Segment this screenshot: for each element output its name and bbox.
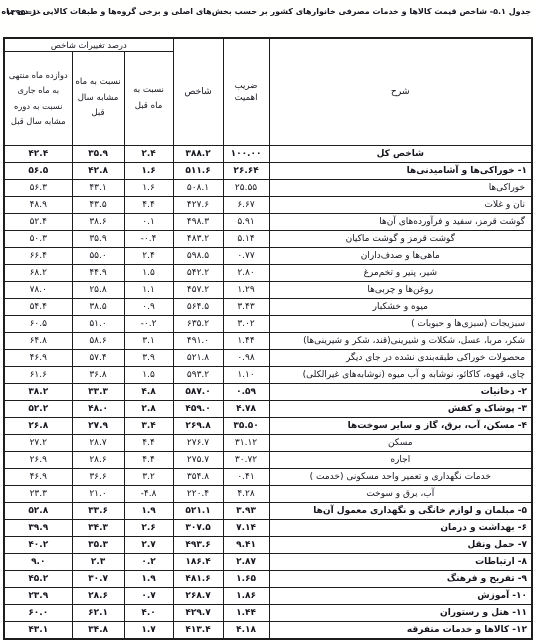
- row-label: ۶- بهداشت و درمان: [269, 520, 532, 537]
- row-label: خوراکی‌ها: [269, 180, 532, 197]
- row-mom: ۱.۶: [124, 163, 173, 180]
- row-index: ۴۲۹.۷: [173, 605, 223, 622]
- row-yoy: ۲۷.۹: [72, 418, 124, 435]
- row-index: ۴۸۱.۶: [173, 571, 223, 588]
- row-index: ۵۶۴.۵: [173, 299, 223, 316]
- row-mom: -۰.۲: [124, 316, 173, 333]
- row-index: ۴۹۸.۳: [173, 214, 223, 231]
- row-mom: ۰.۱: [124, 214, 173, 231]
- row-yoy: ۲۸.۶: [72, 452, 124, 469]
- row-weight: ۲.۸۰: [223, 265, 269, 282]
- row-label: ۸- ارتباطات: [269, 554, 532, 571]
- row-yoy: ۲۱.۰: [72, 486, 124, 503]
- row-yoy: ۲.۳: [72, 554, 124, 571]
- row-mom: ۲.۴: [124, 146, 173, 163]
- row-label: ۱۰- آموزش: [269, 588, 532, 605]
- table-row: چای، قهوه، کاکائو، نوشابه و آب میوه (نوش…: [4, 367, 532, 384]
- row-label: سبزیجات (سبزی‌ها و حبوبات ): [269, 316, 532, 333]
- table-row: خوراکی‌ها۲۵.۵۵۵۰۸.۱۱.۶۴۳.۱۵۶.۳: [4, 180, 532, 197]
- row-yoy: ۳۵.۹: [72, 146, 124, 163]
- row-ttm: ۵۲.۲: [4, 401, 72, 418]
- row-yoy: ۳۳.۶: [72, 503, 124, 520]
- row-label: شیر، پنیر و تخم‌مرغ: [269, 265, 532, 282]
- row-weight: ۱۰۰.۰۰: [223, 146, 269, 163]
- row-mom: ۳.۴: [124, 418, 173, 435]
- row-ttm: ۵۲.۴: [4, 214, 72, 231]
- row-ttm: ۶۸.۲: [4, 265, 72, 282]
- row-label: اجاره: [269, 452, 532, 469]
- row-weight: ۵.۱۴: [223, 231, 269, 248]
- row-weight: ۵.۹۱: [223, 214, 269, 231]
- row-yoy: ۵۸.۶: [72, 333, 124, 350]
- row-weight: ۴.۱۸: [223, 622, 269, 640]
- row-index: ۳۰۷.۵: [173, 520, 223, 537]
- row-index: ۲۲۰.۴: [173, 486, 223, 503]
- row-mom: ۱.۷: [124, 622, 173, 640]
- row-index: ۲۶۹.۸: [173, 418, 223, 435]
- table-row: شاخص کل۱۰۰.۰۰۳۸۸.۲۲.۴۳۵.۹۴۲.۴: [4, 146, 532, 163]
- row-mom: ۳.۲: [124, 469, 173, 486]
- row-mom: ۱.۵: [124, 265, 173, 282]
- row-weight: ۳.۴۳: [223, 299, 269, 316]
- row-index: ۲۷۵.۷: [173, 452, 223, 469]
- row-ttm: ۲۶.۸: [4, 418, 72, 435]
- table-header: شرح ضریب اهمیت شاخص درصد تغییرات شاخص نس…: [4, 38, 532, 146]
- row-mom: ۴.۰: [124, 605, 173, 622]
- table-row: شکر، مربا، عسل، شکلات و شیرینی(قند، شکر …: [4, 333, 532, 350]
- row-ttm: ۳۹.۹: [4, 520, 72, 537]
- row-yoy: ۴۸.۰: [72, 401, 124, 418]
- row-index: ۲۷۶.۷: [173, 435, 223, 452]
- row-mom: ۰.۷: [124, 588, 173, 605]
- row-weight: ۲.۸۷: [223, 554, 269, 571]
- row-mom: ۳.۱: [124, 333, 173, 350]
- table-row: ۹- تفریح و فرهنگ۱.۶۵۴۸۱.۶۱.۹۳۰.۷۴۵.۲: [4, 571, 532, 588]
- row-ttm: ۹.۰: [4, 554, 72, 571]
- row-mom: ۲.۶: [124, 520, 173, 537]
- row-weight: ۰.۹۸: [223, 350, 269, 367]
- row-yoy: ۳۶.۸: [72, 367, 124, 384]
- table-row: ۳- پوشاک و کفش۴.۷۸۴۵۹.۰۲.۸۴۸.۰۵۲.۲: [4, 401, 532, 418]
- row-mom: ۴.۴: [124, 435, 173, 452]
- table-row: ۵- مبلمان و لوازم خانگی و نگهداری معمول …: [4, 503, 532, 520]
- base-year-note: ۱۳۹۵=۱۰۰: [6, 8, 47, 17]
- row-yoy: ۳۰.۷: [72, 571, 124, 588]
- row-weight: ۱.۸۶: [223, 588, 269, 605]
- row-mom: ۳.۹: [124, 350, 173, 367]
- row-index: ۵۲۱.۱: [173, 503, 223, 520]
- row-weight: ۰.۴۱: [223, 469, 269, 486]
- row-weight: ۱.۶۵: [223, 571, 269, 588]
- row-index: ۴۸۳.۲: [173, 231, 223, 248]
- row-label: محصولات خوراکی طبقه‌بندی نشده در جای دیگ…: [269, 350, 532, 367]
- col-header-weight: ضریب اهمیت: [223, 38, 269, 146]
- row-mom: ۱.۹: [124, 503, 173, 520]
- row-ttm: ۴۸.۹: [4, 197, 72, 214]
- row-mom: ۴.۸: [124, 384, 173, 401]
- row-mom: ۱.۹: [124, 571, 173, 588]
- row-yoy: ۳۴.۳: [72, 520, 124, 537]
- row-mom: ۱.۵: [124, 367, 173, 384]
- row-yoy: ۵۵.۰: [72, 248, 124, 265]
- table-row: اجاره۳۰.۷۲۲۷۵.۷۴.۴۲۸.۶۲۶.۹: [4, 452, 532, 469]
- row-ttm: ۶۱.۶: [4, 367, 72, 384]
- row-index: ۴۲۷.۶: [173, 197, 223, 214]
- row-index: ۵۱۱.۶: [173, 163, 223, 180]
- row-mom: -۰.۴: [124, 231, 173, 248]
- row-weight: ۴.۲۸: [223, 486, 269, 503]
- row-ttm: ۲۳.۳: [4, 486, 72, 503]
- row-yoy: ۴۳.۱: [72, 180, 124, 197]
- row-index: ۱۸۶.۴: [173, 554, 223, 571]
- row-weight: ۲۵.۵۵: [223, 180, 269, 197]
- row-weight: ۳.۰۲: [223, 316, 269, 333]
- row-ttm: ۶۰.۰: [4, 605, 72, 622]
- row-weight: ۹.۴۱: [223, 537, 269, 554]
- table-row: ۱۰- آموزش۱.۸۶۲۶۸.۷۰.۷۲۸.۶۲۳.۹: [4, 588, 532, 605]
- row-label: ۵- مبلمان و لوازم خانگی و نگهداری معمول …: [269, 503, 532, 520]
- row-index: ۴۹۳.۶: [173, 537, 223, 554]
- row-weight: ۱.۱۰: [223, 367, 269, 384]
- table-row: ۶- بهداشت و درمان۷.۱۴۳۰۷.۵۲.۶۳۴.۳۳۹.۹: [4, 520, 532, 537]
- row-yoy: ۳۵.۳: [72, 537, 124, 554]
- row-weight: ۲۶.۶۴: [223, 163, 269, 180]
- row-ttm: ۴۶.۹: [4, 469, 72, 486]
- row-ttm: ۵۶.۵: [4, 163, 72, 180]
- row-yoy: ۲۵.۸: [72, 282, 124, 299]
- row-weight: ۰.۷۷: [223, 248, 269, 265]
- row-weight: ۳۱.۱۲: [223, 435, 269, 452]
- col-header-mom: نسبت به ماه قبل: [124, 52, 173, 146]
- table-row: میوه و خشکبار۳.۴۳۵۶۴.۵۰.۹۳۸.۵۵۴.۴: [4, 299, 532, 316]
- row-label: ۲- دخانیات: [269, 384, 532, 401]
- row-label: ۱۲- کالاها و خدمات متفرقه: [269, 622, 532, 640]
- row-label: ۱۱- هتل و رستوران: [269, 605, 532, 622]
- row-label: آب، برق و سوخت: [269, 486, 532, 503]
- row-index: ۴۱۳.۴: [173, 622, 223, 640]
- row-label: ۴- مسکن، آب، برق، گاز و سایر سوخت‌ها: [269, 418, 532, 435]
- row-ttm: ۶۴.۸: [4, 333, 72, 350]
- row-ttm: ۶۰.۵: [4, 316, 72, 333]
- row-ttm: ۲۳.۹: [4, 588, 72, 605]
- table-row: سبزیجات (سبزی‌ها و حبوبات )۳.۰۲۶۳۵.۲-۰.۲…: [4, 316, 532, 333]
- row-index: ۵۴۲.۲: [173, 265, 223, 282]
- row-mom: ۰.۹: [124, 299, 173, 316]
- row-label: گوشت قرمز و گوشت ماکیان: [269, 231, 532, 248]
- row-ttm: ۵۴.۴: [4, 299, 72, 316]
- row-label: خدمات نگهداری و تعمیر واحد مسکونی (خدمت …: [269, 469, 532, 486]
- row-label: مسکن: [269, 435, 532, 452]
- row-ttm: ۶۶.۴: [4, 248, 72, 265]
- table-row: نان و غلات۶.۶۷۴۲۷.۶۴.۴۴۳.۵۴۸.۹: [4, 197, 532, 214]
- row-label: نان و غلات: [269, 197, 532, 214]
- row-ttm: ۴۵.۲: [4, 571, 72, 588]
- row-index: ۵۹۳.۲: [173, 367, 223, 384]
- row-mom: ۲.۸: [124, 401, 173, 418]
- row-yoy: ۵۱.۰: [72, 316, 124, 333]
- row-yoy: ۳۳.۳: [72, 384, 124, 401]
- table-row: خدمات نگهداری و تعمیر واحد مسکونی (خدمت …: [4, 469, 532, 486]
- table-row: ۸- ارتباطات۲.۸۷۱۸۶.۴۰.۲۲.۳۹.۰: [4, 554, 532, 571]
- row-index: ۳۸۸.۲: [173, 146, 223, 163]
- row-index: ۴۹۱.۰: [173, 333, 223, 350]
- row-label: روغن‌ها و چربی‌ها: [269, 282, 532, 299]
- table-row: روغن‌ها و چربی‌ها۱.۲۹۴۵۷.۲۱.۱۲۵.۸۷۸.۰: [4, 282, 532, 299]
- table-row: مسکن۳۱.۱۲۲۷۶.۷۴.۴۲۸.۷۲۷.۲: [4, 435, 532, 452]
- page-title: جدول ۵.۱- شاخص قیمت کالاها و خدمات مصرفی…: [0, 7, 531, 16]
- row-label: ۷- حمل ونقل: [269, 537, 532, 554]
- col-header-description: شرح: [269, 38, 532, 146]
- row-weight: ۱.۲۹: [223, 282, 269, 299]
- row-index: ۴۵۷.۲: [173, 282, 223, 299]
- row-yoy: ۴۴.۹: [72, 265, 124, 282]
- row-yoy: ۲۸.۷: [72, 435, 124, 452]
- row-index: ۵۰۸.۱: [173, 180, 223, 197]
- col-header-pct-change-group: درصد تغییرات شاخص: [4, 38, 173, 52]
- row-index: ۵۸۷.۰: [173, 384, 223, 401]
- row-index: ۵۹۸.۵: [173, 248, 223, 265]
- row-ttm: ۷۸.۰: [4, 282, 72, 299]
- row-yoy: ۶۲.۱: [72, 605, 124, 622]
- row-yoy: ۴۲.۸: [72, 163, 124, 180]
- row-ttm: ۲۶.۹: [4, 452, 72, 469]
- row-mom: ۲.۷: [124, 537, 173, 554]
- table-row: ۲- دخانیات۰.۵۹۵۸۷.۰۴.۸۳۳.۳۳۸.۲: [4, 384, 532, 401]
- row-weight: ۳.۹۳: [223, 503, 269, 520]
- row-ttm: ۴۳.۱: [4, 622, 72, 640]
- row-index: ۵۲۱.۸: [173, 350, 223, 367]
- row-yoy: ۳۴.۸: [72, 622, 124, 640]
- row-label: میوه و خشکبار: [269, 299, 532, 316]
- table-row: ۱۲- کالاها و خدمات متفرقه۴.۱۸۴۱۳.۴۱.۷۳۴.…: [4, 622, 532, 640]
- row-weight: ۱.۴۴: [223, 333, 269, 350]
- row-mom: ۴.۴: [124, 197, 173, 214]
- col-header-index: شاخص: [173, 38, 223, 146]
- row-weight: ۱.۴۴: [223, 605, 269, 622]
- row-mom: ۱.۶: [124, 180, 173, 197]
- row-weight: ۷.۱۴: [223, 520, 269, 537]
- row-weight: ۶.۶۷: [223, 197, 269, 214]
- row-index: ۳۵۴.۸: [173, 469, 223, 486]
- table-row: شیر، پنیر و تخم‌مرغ۲.۸۰۵۴۲.۲۱.۵۴۴.۹۶۸.۲: [4, 265, 532, 282]
- table-body: شاخص کل۱۰۰.۰۰۳۸۸.۲۲.۴۳۵.۹۴۲.۴۱- خوراکی‌ه…: [4, 146, 532, 640]
- row-label: ۹- تفریح و فرهنگ: [269, 571, 532, 588]
- row-ttm: ۴۲.۴: [4, 146, 72, 163]
- row-mom: ۴.۴: [124, 452, 173, 469]
- cpi-table: شرح ضریب اهمیت شاخص درصد تغییرات شاخص نس…: [3, 37, 533, 640]
- row-yoy: ۴۳.۵: [72, 197, 124, 214]
- row-label: شاخص کل: [269, 146, 532, 163]
- row-ttm: ۵۰.۳: [4, 231, 72, 248]
- row-ttm: ۲۷.۲: [4, 435, 72, 452]
- row-ttm: ۵۶.۳: [4, 180, 72, 197]
- row-mom: ۱.۱: [124, 282, 173, 299]
- row-weight: ۳۰.۷۲: [223, 452, 269, 469]
- table-row: ۷- حمل ونقل۹.۴۱۴۹۳.۶۲.۷۳۵.۳۴۰.۲: [4, 537, 532, 554]
- row-weight: ۴.۷۸: [223, 401, 269, 418]
- table-row: ۴- مسکن، آب، برق، گاز و سایر سوخت‌ها۳۵.۵…: [4, 418, 532, 435]
- table-row: گوشت قرمز و گوشت ماکیان۵.۱۴۴۸۳.۲-۰.۴۳۵.۹…: [4, 231, 532, 248]
- row-weight: ۳۵.۵۰: [223, 418, 269, 435]
- table-row: ۱- خوراکی‌ها و آشامیدنی‌ها۲۶.۶۴۵۱۱.۶۱.۶۴…: [4, 163, 532, 180]
- table-row: محصولات خوراکی طبقه‌بندی نشده در جای دیگ…: [4, 350, 532, 367]
- row-ttm: ۳۸.۲: [4, 384, 72, 401]
- row-yoy: ۳۶.۶: [72, 469, 124, 486]
- row-mom: ۲.۴: [124, 248, 173, 265]
- row-yoy: ۳۸.۵: [72, 299, 124, 316]
- row-yoy: ۳۸.۶: [72, 214, 124, 231]
- row-index: ۶۳۵.۲: [173, 316, 223, 333]
- row-mom: -۴.۸: [124, 486, 173, 503]
- col-header-yoy: نسبت به ماه مشابه سال قبل: [72, 52, 124, 146]
- row-ttm: ۴۰.۲: [4, 537, 72, 554]
- row-yoy: ۳۵.۹: [72, 231, 124, 248]
- row-label: ۳- پوشاک و کفش: [269, 401, 532, 418]
- scanned-table-page: جدول ۵.۱- شاخص قیمت کالاها و خدمات مصرفی…: [0, 0, 534, 640]
- row-label: چای، قهوه، کاکائو، نوشابه و آب میوه (نوش…: [269, 367, 532, 384]
- row-index: ۴۵۹.۰: [173, 401, 223, 418]
- row-ttm: ۵۲.۸: [4, 503, 72, 520]
- row-label: شکر، مربا، عسل، شکلات و شیرینی(قند، شکر …: [269, 333, 532, 350]
- table-row: ماهی‌ها و صدف‌داران۰.۷۷۵۹۸.۵۲.۴۵۵.۰۶۶.۴: [4, 248, 532, 265]
- col-header-ttm: دوازده ماه منتهی به ماه جاری نسبت به دور…: [4, 52, 72, 146]
- row-weight: ۰.۵۹: [223, 384, 269, 401]
- title-bar: جدول ۵.۱- شاخص قیمت کالاها و خدمات مصرفی…: [4, 7, 531, 23]
- table-row: ۱۱- هتل و رستوران۱.۴۴۴۲۹.۷۴.۰۶۲.۱۶۰.۰: [4, 605, 532, 622]
- table-row: آب، برق و سوخت۴.۲۸۲۲۰.۴-۴.۸۲۱.۰۲۳.۳: [4, 486, 532, 503]
- table-row: گوشت قرمز، سفید و فرآورده‌های آن‌ها۵.۹۱۴…: [4, 214, 532, 231]
- row-label: ۱- خوراکی‌ها و آشامیدنی‌ها: [269, 163, 532, 180]
- row-label: ماهی‌ها و صدف‌داران: [269, 248, 532, 265]
- row-index: ۲۶۸.۷: [173, 588, 223, 605]
- row-mom: ۰.۲: [124, 554, 173, 571]
- row-yoy: ۵۷.۴: [72, 350, 124, 367]
- row-label: گوشت قرمز، سفید و فرآورده‌های آن‌ها: [269, 214, 532, 231]
- row-ttm: ۴۶.۹: [4, 350, 72, 367]
- row-yoy: ۲۸.۶: [72, 588, 124, 605]
